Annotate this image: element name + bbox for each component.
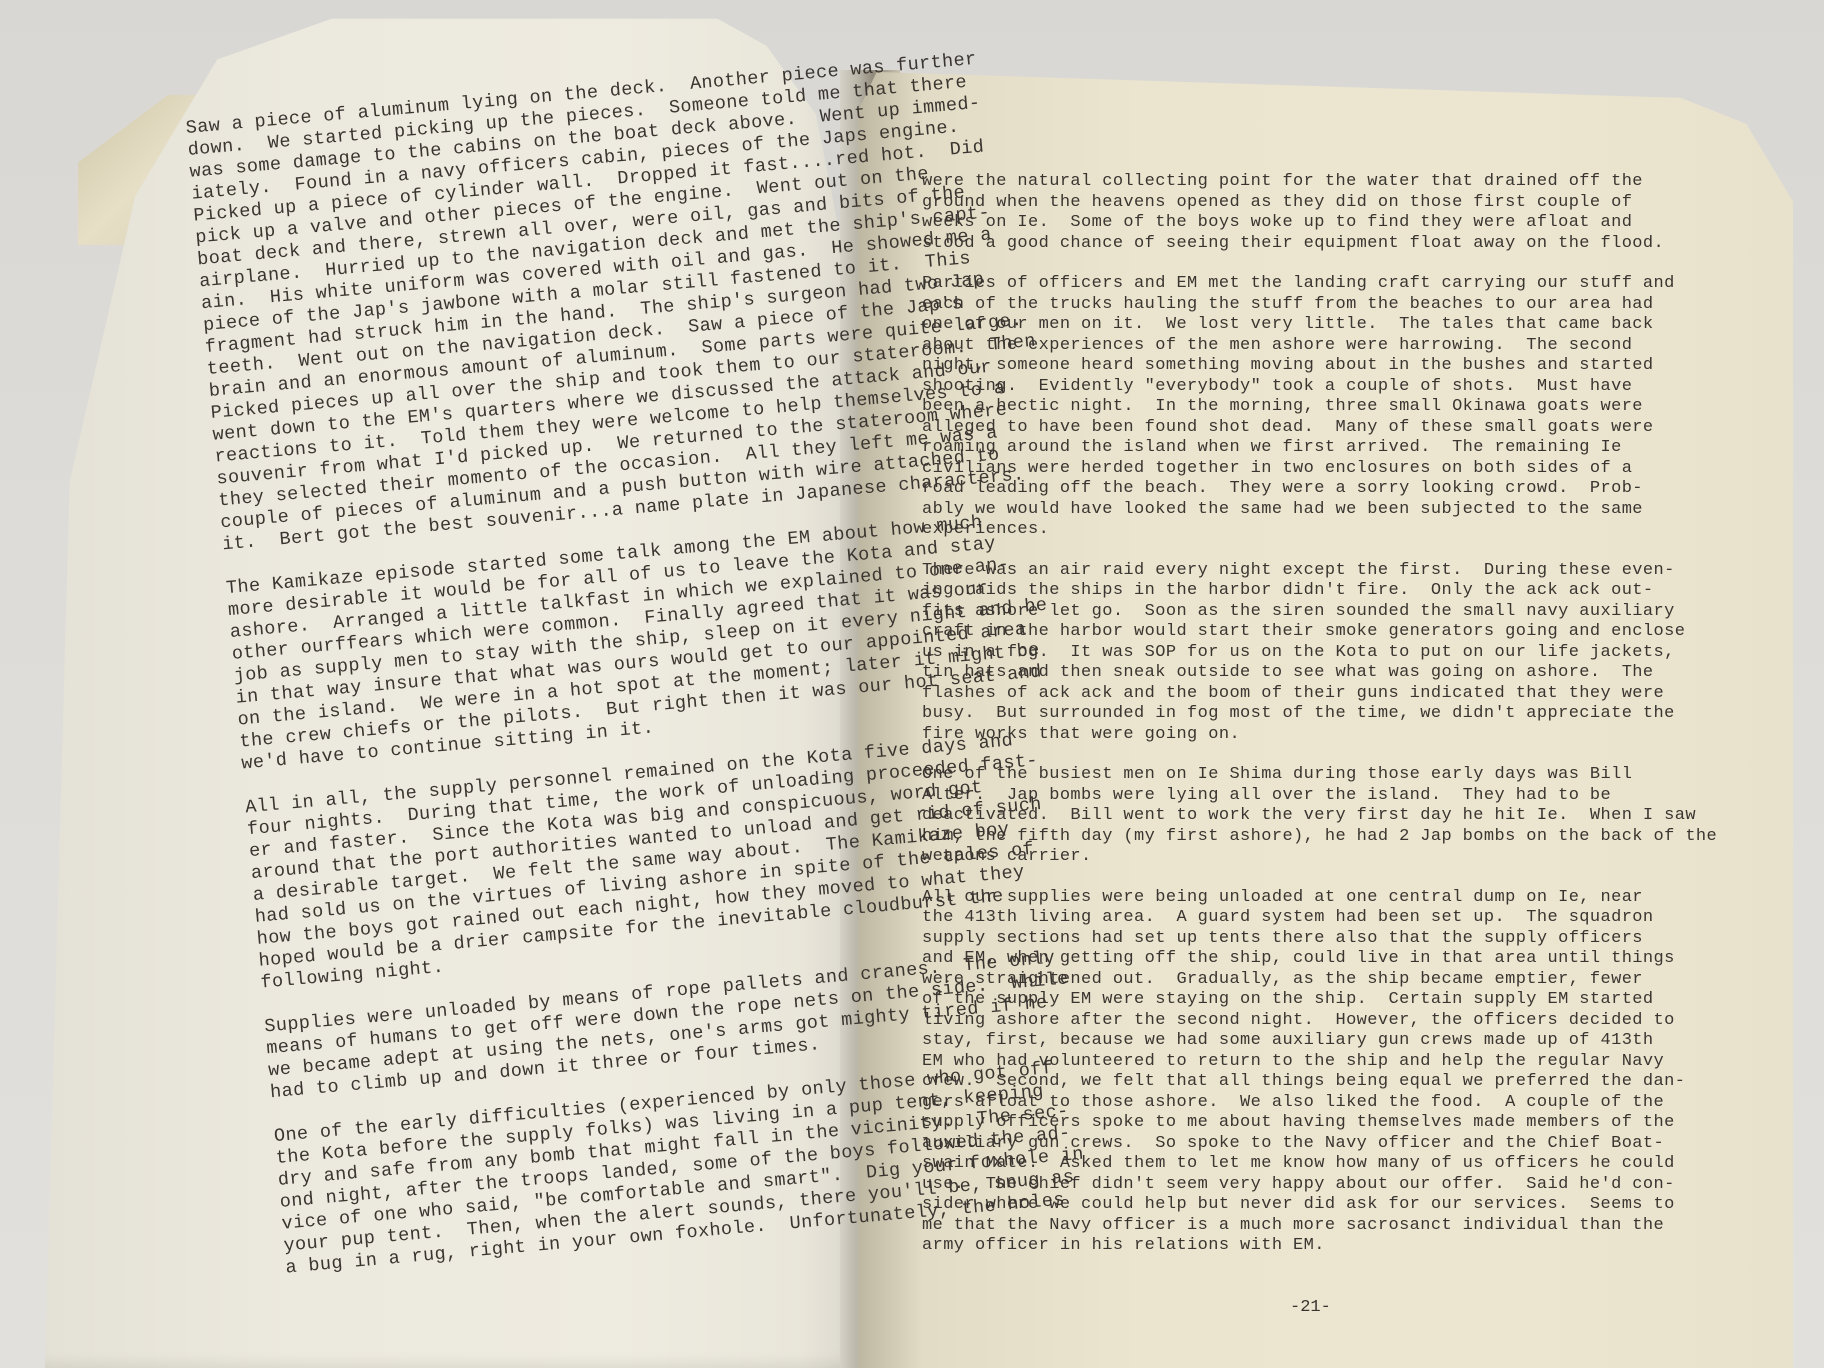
text-line: fits ashore let go. Soon as the siren so… xyxy=(922,602,1717,623)
text-line: One of the busiest men on Ie Shima durin… xyxy=(922,765,1717,786)
text-line: weeks on Ie. Some of the boys woke up to… xyxy=(922,213,1717,234)
text-line: been a hectic night. In the morning, thr… xyxy=(922,397,1717,418)
page-number: -21- xyxy=(1290,1298,1331,1317)
paragraph: Saw a piece of aluminum lying on the dec… xyxy=(185,46,1048,557)
text-line: living ashore after the second night. Ho… xyxy=(922,1011,1717,1032)
text-line: busy. But surrounded in fog most of the … xyxy=(922,704,1717,725)
text-line: about the experiences of the men ashore … xyxy=(922,336,1717,357)
text-line: auxiliary gun crews. So spoke to the Nav… xyxy=(922,1134,1717,1155)
text-line: road leading off the beach. They were a … xyxy=(922,479,1717,500)
text-line: fire works that were going on. xyxy=(922,725,1717,746)
paragraph: There was an air raid every night except… xyxy=(922,561,1717,746)
text-line: shooting. Evidently "everybody" took a c… xyxy=(922,377,1717,398)
text-line: swain Mate. Asked them to let me know ho… xyxy=(922,1154,1717,1175)
text-line: ably we would have looked the same had w… xyxy=(922,500,1717,521)
text-line: of the supply EM were staying on the shi… xyxy=(922,990,1717,1011)
text-line: flashes of ack ack and the boom of their… xyxy=(922,684,1717,705)
text-line: deactivated. Bill went to work the very … xyxy=(922,806,1717,827)
text-line: army officer in his relations with EM. xyxy=(922,1236,1717,1257)
paragraph: All our supplies were being unloaded at … xyxy=(922,888,1717,1257)
text-line: me that the Navy officer is a much more … xyxy=(922,1216,1717,1237)
text-line: us in a fog. It was SOP for us on the Ko… xyxy=(922,643,1717,664)
text-line: There was an air raid every night except… xyxy=(922,561,1717,582)
text-line: Parties of officers and EM met the landi… xyxy=(922,274,1717,295)
text-line: stood a good chance of seeing their equi… xyxy=(922,234,1717,255)
text-line: him, the fifth day (my first ashore), he… xyxy=(922,827,1717,848)
text-line: craft in the harbor would start their sm… xyxy=(922,622,1717,643)
text-line: the 413th living area. A guard system ha… xyxy=(922,908,1717,929)
text-line: All our supplies were being unloaded at … xyxy=(922,888,1717,909)
text-line: Alter. Jap bombs were lying all over the… xyxy=(922,786,1717,807)
text-line: experiences. xyxy=(922,520,1717,541)
text-line: alleged to have been found shot dead. Ma… xyxy=(922,418,1717,439)
text-line: civilians were herded together in two en… xyxy=(922,459,1717,480)
text-line: sider where we could help but never did … xyxy=(922,1195,1717,1216)
text-line: gers afloat to those ashore. We also lik… xyxy=(922,1093,1717,1114)
paragraph: were the natural collecting point for th… xyxy=(922,172,1717,254)
text-line: each of the trucks hauling the stuff fro… xyxy=(922,295,1717,316)
text-line: ing raids the ships in the harbor didn't… xyxy=(922,581,1717,602)
text-line: tin hats and then sneak outside to see w… xyxy=(922,663,1717,684)
text-line: ground when the heavens opened as they d… xyxy=(922,193,1717,214)
text-line: were the natural collecting point for th… xyxy=(922,172,1717,193)
text-line: stay, first, because we had some auxilia… xyxy=(922,1031,1717,1052)
text-line: night, someone heard something moving ab… xyxy=(922,356,1717,377)
text-line: weapons carrier. xyxy=(922,847,1717,868)
text-line: roaming around the island when we first … xyxy=(922,438,1717,459)
text-line: crew. Second, we felt that all things be… xyxy=(922,1072,1717,1093)
text-line: were straightened out. Gradually, as the… xyxy=(922,970,1717,991)
text-line: use. The chief didn't seem very happy ab… xyxy=(922,1175,1717,1196)
text-line: and EM, when getting off the ship, could… xyxy=(922,949,1717,970)
text-line: supply sections had set up tents there a… xyxy=(922,929,1717,950)
text-line: one of our men on it. We lost very littl… xyxy=(922,315,1717,336)
right-page-text: were the natural collecting point for th… xyxy=(922,172,1717,1277)
paragraph: Parties of officers and EM met the landi… xyxy=(922,274,1717,541)
paragraph: One of the busiest men on Ie Shima durin… xyxy=(922,765,1717,868)
text-line: supply officers spoke to me about having… xyxy=(922,1113,1717,1134)
text-line: EM who had volunteered to return to the … xyxy=(922,1052,1717,1073)
